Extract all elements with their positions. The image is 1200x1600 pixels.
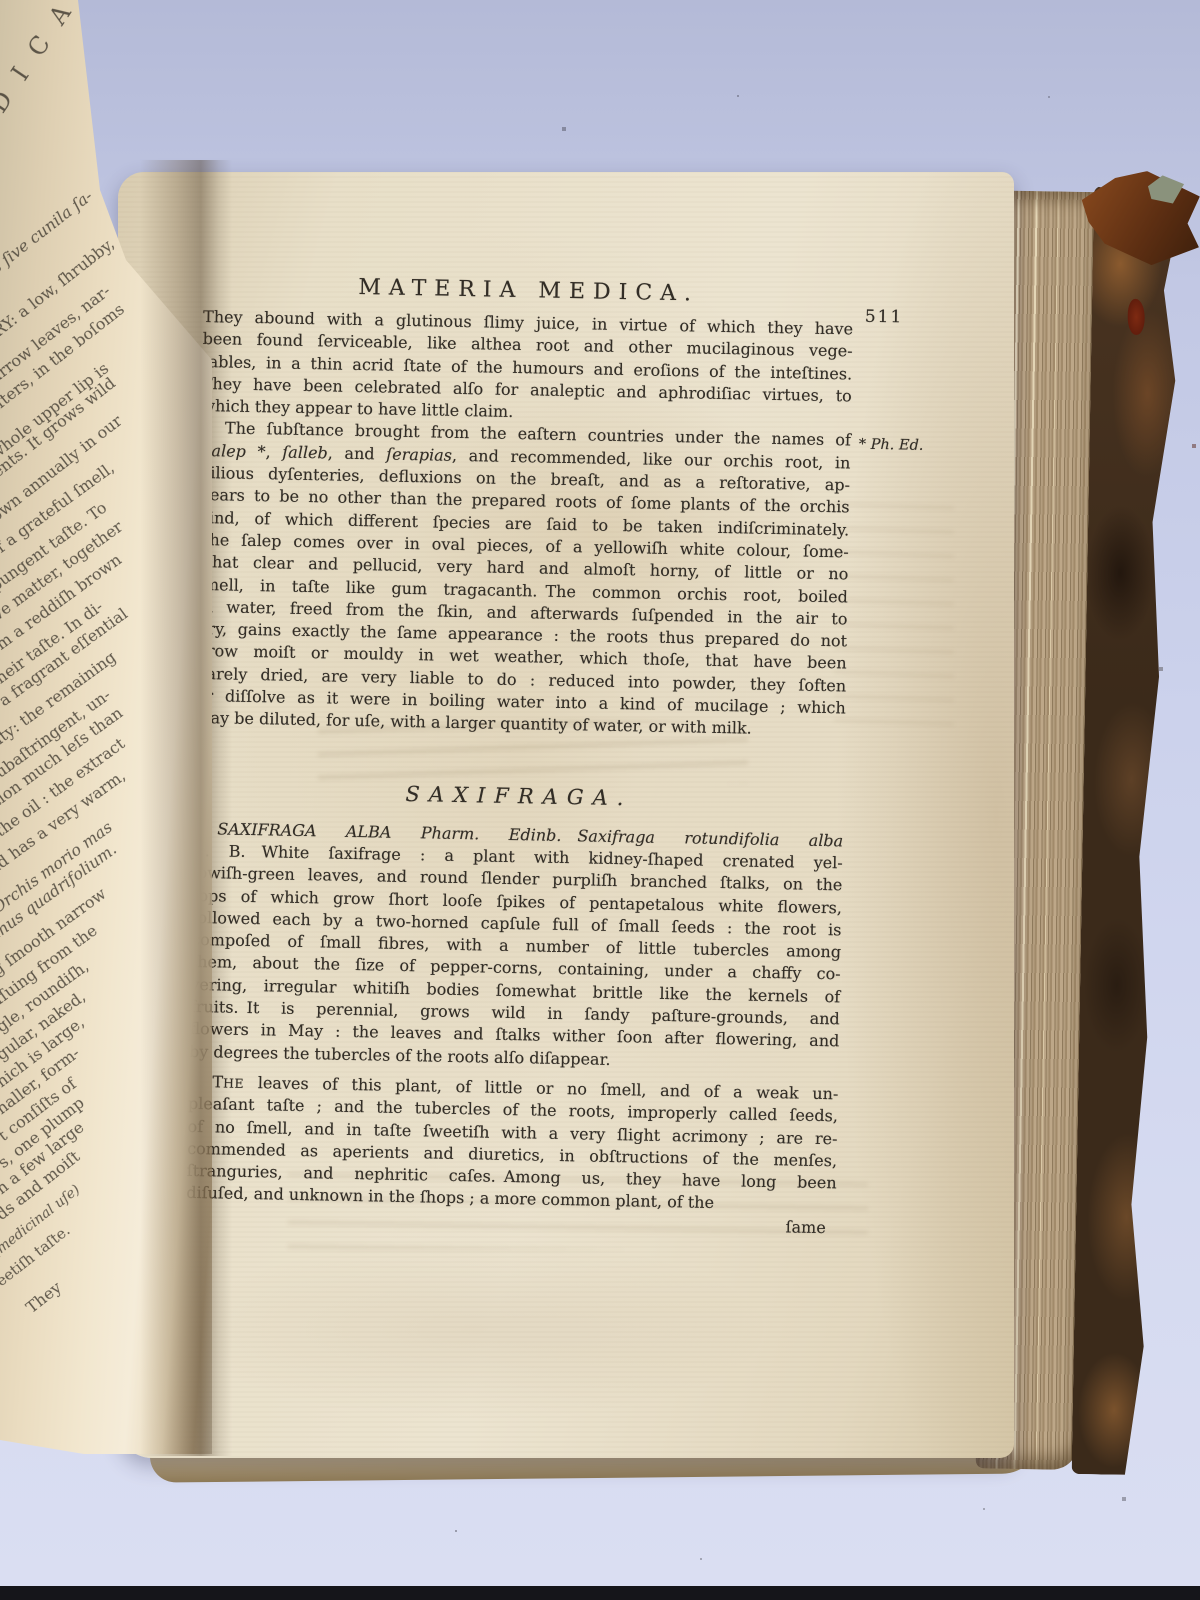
verso-text-area: D I C Ahortenſis ſive cunila ſa-OURY: a …	[0, 0, 132, 1454]
leather-clasp-remnant	[1127, 299, 1145, 335]
paragraph-leaves: THE leaves of this plant, of little or n…	[186, 1071, 838, 1217]
page-number: 511	[865, 307, 904, 328]
page-text-block: MATERIA MEDICA. 511 * Ph. Ed. They aboun…	[186, 272, 854, 1239]
left-page-text-fragment: D I C A	[0, 0, 80, 118]
paragraph-saxifraga-alba: SAXIFRAGA ALBA Pharm. Edinb. Saxifraga r…	[189, 818, 844, 1076]
section-heading: SAXIFRAGA.	[194, 776, 844, 816]
show-through-smudge	[834, 502, 954, 732]
book-page-recto: MATERIA MEDICA. 511 * Ph. Ed. They aboun…	[118, 172, 1014, 1458]
paragraph-continuation: They abound with a glutinous ſlimy juice…	[201, 306, 853, 430]
paragraph-salep: The ſubſtance brought from the eaſtern c…	[195, 417, 851, 742]
table-edge	[0, 1586, 1200, 1600]
book-photo: MATERIA MEDICA. 511 * Ph. Ed. They aboun…	[0, 0, 1200, 1600]
footnote-margin-note: * Ph. Ed.	[859, 437, 969, 455]
left-page-text-fragment: They	[22, 1278, 65, 1317]
running-head: MATERIA MEDICA.	[204, 272, 854, 310]
